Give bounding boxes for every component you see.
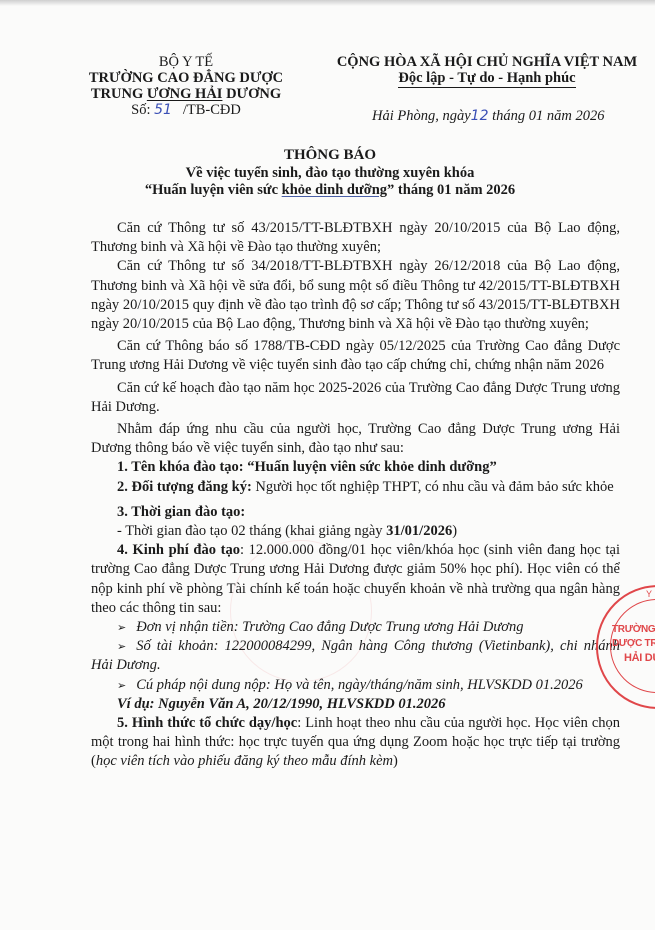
section-5-end: ) <box>393 753 398 769</box>
section-5-label: 5. Hình thức tổ chức dạy/học <box>117 715 297 731</box>
section-1-course-name: 1. Tên khóa đào tạo: “Huấn luyện viên sứ… <box>91 458 620 477</box>
title-subject-line1: Về việc tuyển sinh, đào tạo thường xuyên… <box>60 165 600 183</box>
duration-text-end: ) <box>452 523 457 539</box>
seal-text: TRƯỜNG CAO DƯỢC TRUNG HẢI DƯ <box>612 623 655 665</box>
seal-line3: HẢI DƯ <box>612 651 655 665</box>
date-prefix: Hải Phòng, ngày <box>372 108 471 124</box>
school-name-line1: TRƯỜNG CAO ĐẲNG DƯỢC <box>86 70 286 86</box>
document-number: Số: 51 /TB-CĐD <box>86 102 286 118</box>
republic-name: CỘNG HÒA XÃ HỘI CHỦ NGHĨA VIỆT NAM <box>322 54 652 70</box>
transfer-example: Ví dụ: Nguyễn Văn A, 20/12/1990, HLVSKDD… <box>91 695 620 714</box>
section-4-label: 4. Kinh phí đào tạo <box>117 542 240 558</box>
bullet-text: Cú pháp nội dung nộp: Họ và tên, ngày/th… <box>136 677 583 693</box>
faint-stamp-bleed <box>230 540 372 682</box>
document-page: BỘ Y TẾ TRƯỜNG CAO ĐẲNG DƯỢC TRUNG ƯƠNG … <box>0 0 655 930</box>
national-header: CỘNG HÒA XÃ HỘI CHỦ NGHĨA VIỆT NAM Độc l… <box>322 54 652 88</box>
section-5-italic-note: học viên tích vào phiếu đăng ký theo mẫu… <box>96 753 393 769</box>
legal-basis-3: Căn cứ Thông báo số 1788/TB-CĐD ngày 05/… <box>91 337 620 375</box>
date-suffix: tháng 01 năm 2026 <box>489 108 605 124</box>
school-name-underlined: ƯƠNG HẢI <box>147 86 223 102</box>
school-name-line2: TRUNG ƯƠNG HẢI DƯƠNG <box>86 86 286 102</box>
notice-body: Căn cứ Thông tư số 43/2015/TT-BLĐTBXH ng… <box>91 219 620 772</box>
arrow-bullet-icon: ➢ <box>117 640 126 653</box>
arrow-bullet-icon: ➢ <box>117 679 126 692</box>
arrow-bullet-icon: ➢ <box>117 621 126 634</box>
seal-line2: DƯỢC TRUNG <box>612 637 655 651</box>
section-3-duration-text: - Thời gian đào tạo 02 tháng (khai giảng… <box>91 522 620 541</box>
legal-basis-4: Căn cứ kế hoạch đào tạo năm học 2025-202… <box>91 379 620 417</box>
legal-basis-2: Căn cứ Thông tư số 34/2018/TT-BLĐTBXH ng… <box>91 257 620 334</box>
date-line: Hải Phòng, ngày12 tháng 01 năm 2026 <box>372 108 605 125</box>
section-5-format: 5. Hình thức tổ chức dạy/học: Linh hoạt … <box>91 714 620 772</box>
title-part: “Huấn luyện viên sức <box>145 182 282 198</box>
transfer-syntax: ➢Cú pháp nội dung nộp: Họ và tên, ngày/t… <box>91 676 620 695</box>
purpose-paragraph: Nhằm đáp ứng nhu cầu của người học, Trườ… <box>91 420 620 458</box>
doc-no-suffix: /TB-CĐD <box>183 102 241 118</box>
seal-line1: TRƯỜNG CAO <box>612 623 655 637</box>
school-name-part: TRUNG <box>91 86 147 102</box>
doc-no-handwritten: 51 <box>154 102 172 118</box>
section-2-text: Người học tốt nghiệp THPT, có nhu cầu và… <box>252 479 614 495</box>
title-part: ” tháng 01 năm 2026 <box>387 182 515 198</box>
national-motto: Độc lập - Tự do - Hạnh phúc <box>398 70 575 88</box>
title-underlined: khỏe dinh dưỡng <box>282 182 387 198</box>
school-name-part: DƯƠNG <box>222 86 281 102</box>
start-date: 31/01/2026 <box>386 523 452 539</box>
seal-top-letter: Y <box>646 589 652 599</box>
section-2-eligibility: 2. Đối tượng đăng ký: Người học tốt nghi… <box>91 478 620 497</box>
title-subject-line2: “Huấn luyện viên sức khỏe dinh dưỡng” th… <box>60 182 600 200</box>
legal-basis-1: Căn cứ Thông tư số 43/2015/TT-BLĐTBXH ng… <box>91 219 620 257</box>
doc-no-label: Số: <box>131 102 150 118</box>
issuer-header: BỘ Y TẾ TRƯỜNG CAO ĐẲNG DƯỢC TRUNG ƯƠNG … <box>86 54 286 118</box>
ministry-name: BỘ Y TẾ <box>86 54 286 70</box>
section-2-label: 2. Đối tượng đăng ký: <box>117 479 252 495</box>
notice-title: THÔNG BÁO Về việc tuyển sinh, đào tạo th… <box>60 147 600 200</box>
duration-text: - Thời gian đào tạo 02 tháng (khai giảng… <box>117 523 386 539</box>
title-main: THÔNG BÁO <box>60 147 600 165</box>
section-3-duration-label: 3. Thời gian đào tạo: <box>91 503 620 522</box>
date-day-handwritten: 12 <box>471 108 489 124</box>
